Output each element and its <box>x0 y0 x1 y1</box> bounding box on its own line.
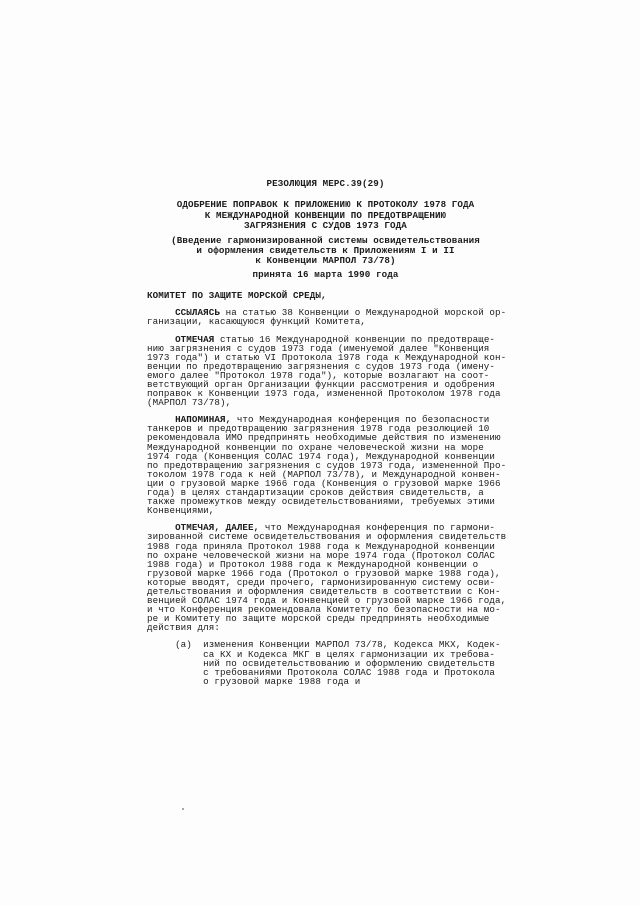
text-line: (МАРПОЛ 73/78), <box>147 398 504 407</box>
paragraph: ССЫЛАЯСЬ на статью 38 Конвенции о Междун… <box>147 308 504 326</box>
resolution-document: РЕЗОЛЮЦИЯ МЕРС.39(29) ОДОБРЕНИЕ ПОПРАВОК… <box>147 179 504 686</box>
document-title: ОДОБРЕНИЕ ПОПРАВОК К ПРИЛОЖЕНИЮ К ПРОТОК… <box>147 200 504 231</box>
text-line: Конвенциями, <box>147 506 504 515</box>
title-line: ЗАГРЯЗНЕНИЯ С СУДОВ 1973 ГОДА <box>147 221 504 231</box>
document-subtitle: (Введение гармонизированной системы осви… <box>147 236 504 267</box>
document-header: РЕЗОЛЮЦИЯ МЕРС.39(29) ОДОБРЕНИЕ ПОПРАВОК… <box>147 179 504 280</box>
text-line: действия для: <box>147 623 504 632</box>
text-line: о грузовой марке 1988 года и <box>147 677 504 686</box>
paragraph: (a) изменения Конвенции МАРПОЛ 73/78, Ко… <box>147 640 504 685</box>
scan-artifact-dot <box>182 808 184 810</box>
paragraph: ОТМЕЧАЯ статью 16 Международной конвенци… <box>147 335 504 408</box>
resolution-body: КОМИТЕТ ПО ЗАЩИТЕ МОРСКОЙ СРЕДЫ, ССЫЛАЯС… <box>147 291 504 686</box>
text-line: ганизации, касающуюся функций Комитета, <box>147 317 504 326</box>
adoption-date: принята 16 марта 1990 года <box>147 270 504 280</box>
scanned-document-page: РЕЗОЛЮЦИЯ МЕРС.39(29) ОДОБРЕНИЕ ПОПРАВОК… <box>0 0 640 905</box>
paragraph: КОМИТЕТ ПО ЗАЩИТЕ МОРСКОЙ СРЕДЫ, <box>147 291 504 300</box>
text-line: КОМИТЕТ ПО ЗАЩИТЕ МОРСКОЙ СРЕДЫ, <box>147 291 504 300</box>
resolution-number: РЕЗОЛЮЦИЯ МЕРС.39(29) <box>147 179 504 189</box>
subtitle-line: к Конвенции МАРПОЛ 73/78) <box>147 256 504 266</box>
paragraph: НАПОМИНАЯ, что Международная конференция… <box>147 415 504 515</box>
paragraph: ОТМЕЧАЯ, ДАЛЕЕ, что Международная конфер… <box>147 523 504 632</box>
